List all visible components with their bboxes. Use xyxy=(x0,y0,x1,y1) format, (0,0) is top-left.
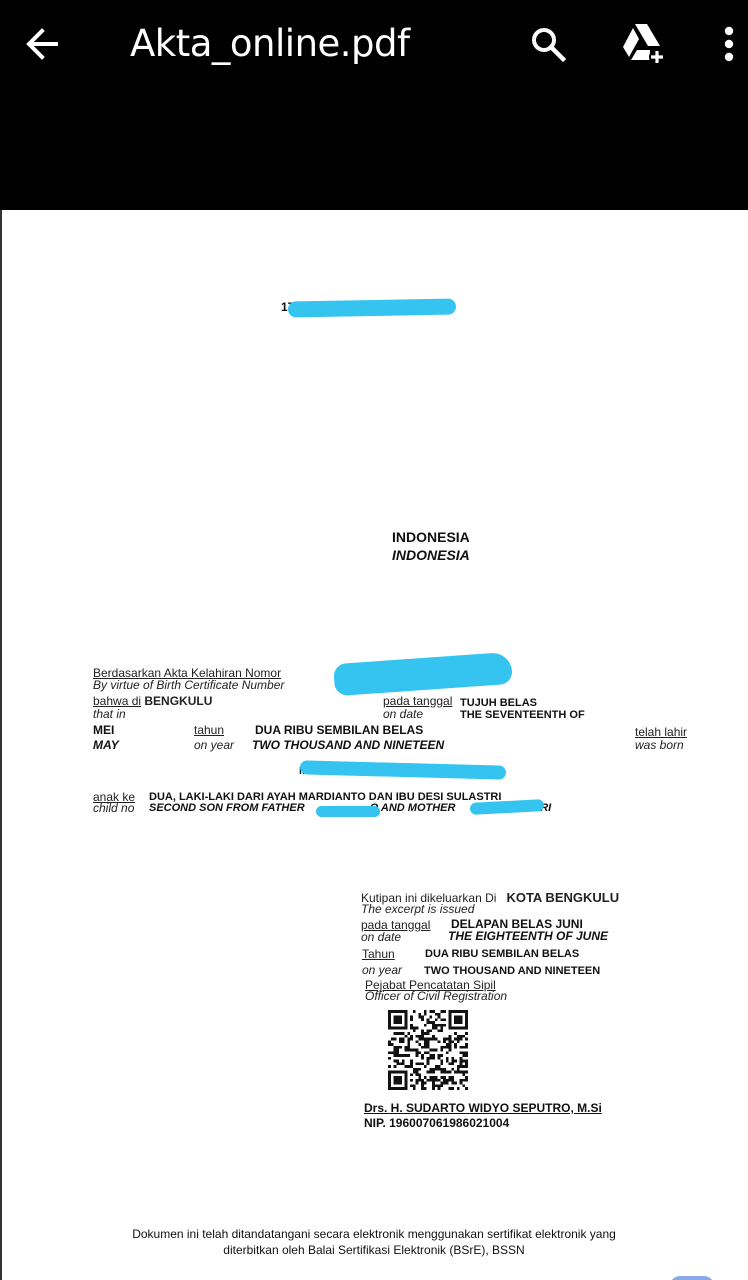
document-title: Akta_online.pdf xyxy=(130,22,410,65)
issue-year-value-id: DUA RIBU SEMBILAN BELAS xyxy=(425,948,579,961)
signature-notice-line-2: diterbitkan oleh Balai Sertifikasi Elekt… xyxy=(0,1242,748,1258)
year-value-id: DUA RIBU SEMBILAN BELAS xyxy=(255,724,423,737)
month-en: MAY xyxy=(93,739,119,752)
child-no-label-en: child no xyxy=(93,802,134,815)
add-to-drive-icon xyxy=(620,22,668,66)
search-icon xyxy=(528,24,568,64)
signature-notice-line-1: Dokumen ini telah ditandatangani secara … xyxy=(0,1226,748,1242)
issue-year-label-en: on year xyxy=(362,964,402,977)
back-button[interactable] xyxy=(22,24,62,64)
month-id: MEI xyxy=(93,724,114,737)
country-id: INDONESIA xyxy=(392,529,470,545)
issue-date-label-en: on date xyxy=(361,931,401,944)
redaction-mark xyxy=(316,806,380,817)
year-label-id: tahun xyxy=(194,724,224,737)
arrow-left-icon xyxy=(22,24,62,64)
issue-year-label-id: Tahun xyxy=(362,948,395,961)
more-options-button[interactable] xyxy=(716,24,742,66)
date-value-en: THE SEVENTEENTH OF xyxy=(460,709,585,722)
app-bar: Akta_online.pdf xyxy=(0,0,748,210)
issue-date-value-en: THE EIGHTEENTH OF JUNE xyxy=(448,930,608,943)
officer-nip: NIP. 196007061986021004 xyxy=(364,1117,509,1130)
year-label-en: on year xyxy=(194,739,234,752)
officer-name: Drs. H. SUDARTO WIDYO SEPUTRO, M.Si xyxy=(364,1102,602,1115)
officer-label-en: Officer of Civil Registration xyxy=(365,990,507,1003)
redaction-mark xyxy=(288,299,456,318)
date-label-en: on date xyxy=(383,708,423,721)
floating-action-button[interactable] xyxy=(670,1276,714,1280)
issue-year-value-en: TWO THOUSAND AND NINETEEN xyxy=(424,965,600,978)
year-value-en: TWO THOUSAND AND NINETEEN xyxy=(252,739,444,752)
add-to-drive-button[interactable] xyxy=(620,22,668,66)
country-en: INDONESIA xyxy=(392,547,470,563)
issued-label-en: The excerpt is issued xyxy=(361,903,474,916)
qr-code[interactable] xyxy=(388,1010,468,1090)
more-vert-icon xyxy=(716,24,742,66)
place-label-en: that in xyxy=(93,708,126,721)
born-label-en: was born xyxy=(635,739,684,752)
search-button[interactable] xyxy=(528,24,568,64)
birth-cert-label-en: By virtue of Birth Certificate Number xyxy=(93,679,284,692)
